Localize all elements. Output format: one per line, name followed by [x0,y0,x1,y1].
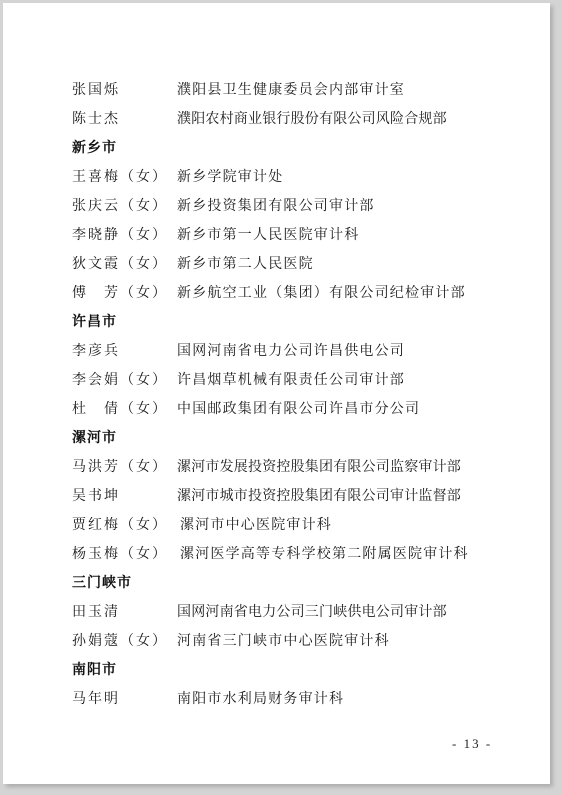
list-item: 李会娟（女） 许昌烟草机械有限责任公司审计部 [3,369,550,398]
list-item: 李晓静（女） 新乡市第一人民医院审计科 [3,224,550,253]
organization: 新乡市第二人民医院 [177,253,314,273]
organization: 濮阳农村商业银行股份有限公司风险合规部 [177,108,447,128]
organization: 新乡投资集团有限公司审计部 [177,195,375,215]
list-item: 贾红梅（女） 漯河市中心医院审计科 [3,514,550,543]
organization: 中国邮政集团有限公司许昌市分公司 [177,398,420,418]
person-name: 孙娟蔻（女） [72,630,168,650]
list-item: 孙娟蔻（女） 河南省三门峡市中心医院审计科 [3,630,550,659]
person-name: 李晓静（女） [72,224,168,244]
person-name: 贾红梅（女） [72,514,168,534]
organization: 漯河市中心医院审计科 [180,514,332,534]
list-item: 田玉清 国网河南省电力公司三门峡供电公司审计部 [3,601,550,630]
list-item: 杜 倩（女） 中国邮政集团有限公司许昌市分公司 [3,398,550,427]
person-name: 李会娟（女） [72,369,168,389]
person-name: 杨玉梅（女） [72,543,168,563]
person-name: 杜 倩（女） [72,398,168,418]
section-heading: 新乡市 [72,137,117,157]
person-name: 狄文霞（女） [72,253,168,273]
section-heading: 许昌市 [72,311,117,331]
list-item: 杨玉梅（女） 漯河医学高等专科学校第二附属医院审计科 [3,543,550,572]
list-item: 张庆云（女） 新乡投资集团有限公司审计部 [3,195,550,224]
person-name: 马洪芳（女） [72,456,168,476]
list-item: 吴书坤 漯河市城市投资控股集团有限公司审计监督部 [3,485,550,514]
section-heading: 南阳市 [72,659,117,679]
organization: 漯河医学高等专科学校第二附属医院审计科 [180,543,469,563]
organization: 新乡市第一人民医院审计科 [177,224,359,244]
list-item: 陈士杰 濮阳农村商业银行股份有限公司风险合规部 [3,108,550,137]
organization: 国网河南省电力公司三门峡供电公司审计部 [177,601,447,621]
person-name: 王喜梅（女） [72,166,168,186]
person-name: 张庆云（女） [72,195,168,215]
organization: 漯河市发展投资控股集团有限公司监察审计部 [177,456,461,476]
person-name: 田玉清 [72,601,120,621]
document-page: 张国烁 濮阳县卫生健康委员会内部审计室 陈士杰 濮阳农村商业银行股份有限公司风险… [3,3,550,784]
list-item: 傅 芳（女） 新乡航空工业（集团）有限公司纪检审计部 [3,282,550,311]
list-item: 狄文霞（女） 新乡市第二人民医院 [3,253,550,282]
section-heading: 漯河市 [72,427,117,447]
person-name: 陈士杰 [72,108,120,128]
organization: 河南省三门峡市中心医院审计科 [177,630,390,650]
organization: 濮阳县卫生健康委员会内部审计室 [177,79,405,99]
person-name: 李彦兵 [72,340,120,360]
list-item: 马洪芳（女） 漯河市发展投资控股集团有限公司监察审计部 [3,456,550,485]
person-name: 吴书坤 [72,485,120,505]
organization: 国网河南省电力公司许昌供电公司 [177,340,405,360]
list-item: 王喜梅（女） 新乡学院审计处 [3,166,550,195]
page-number: - 13 - [452,736,492,752]
organization: 新乡学院审计处 [177,166,283,186]
organization: 漯河市城市投资控股集团有限公司审计监督部 [177,485,461,505]
organization: 许昌烟草机械有限责任公司审计部 [177,369,405,389]
person-name: 张国烁 [72,79,120,99]
organization: 新乡航空工业（集团）有限公司纪检审计部 [177,282,466,302]
person-name: 马年明 [72,688,120,708]
section-heading: 三门峡市 [72,572,132,592]
person-name: 傅 芳（女） [72,282,168,302]
list-item: 李彦兵 国网河南省电力公司许昌供电公司 [3,340,550,369]
organization: 南阳市水利局财务审计科 [177,688,344,708]
list-item: 张国烁 濮阳县卫生健康委员会内部审计室 [3,79,550,108]
list-item: 马年明 南阳市水利局财务审计科 [3,688,550,717]
